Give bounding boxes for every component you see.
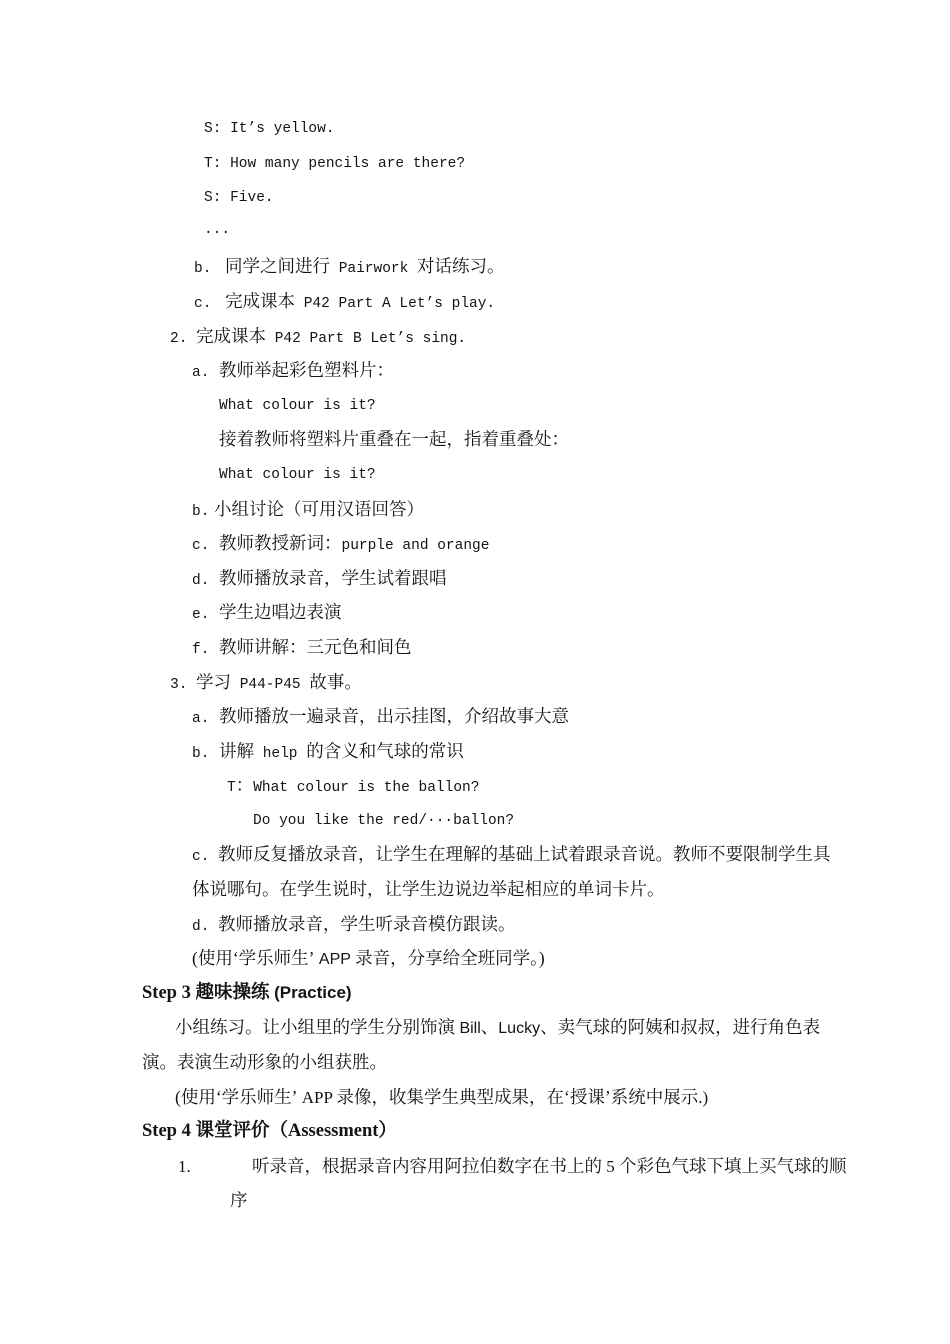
text-segment: .) [698,1088,708,1107]
list-label: b. [192,737,219,772]
doc-line-16: f.教师讲解：三元色和间色 [0,630,950,665]
text-segment: 完成课本 [225,291,295,311]
text-segment: 同学之间进行 [225,256,330,276]
doc-line-31: 1.听录音，根据录音内容用阿拉伯数字在书上的 5 个彩色气球下填上买气球的顺 [0,1149,950,1184]
doc-line-5: b.同学之间进行 Pairwork 对话练习。 [0,249,950,284]
text-segment: What colour is it? [219,398,376,414]
doc-line-11: What colour is it? [0,457,950,492]
doc-line-17: 3.学习 P44-P45 故事。 [0,665,950,700]
doc-line-3: S: Five. [0,180,950,215]
text-segment: What colour is it? [219,467,376,483]
text-segment: T [227,780,236,796]
text-segment: 、卖气球的阿姨和叔叔，进行角色表 [540,1017,820,1037]
text-segment: (Practice) [274,983,351,1002]
text-segment: 小组练习。让小组里的学生分别饰演 [175,1017,455,1037]
text-segment: 教师播放录音，学生听录音模仿跟读。 [218,914,516,934]
list-label: c. [194,287,225,322]
doc-line-21: Do you like the red/···ballon? [0,803,950,838]
doc-line-12: b.小组讨论（可用汉语回答） [0,492,950,527]
text-segment: What colour is the ballon? [253,780,479,796]
doc-line-10: 接着教师将塑料片重叠在一起，指着重叠处： [0,422,950,457]
text-segment: T: How many pencils are there? [204,156,465,172]
text-segment: 趣味操练 [195,983,274,1003]
text-segment: 学习 [196,672,231,692]
doc-line-23: 体说哪句。在学生说时，让学生边说边举起相应的单词卡片。 [0,872,950,907]
doc-line-18: a.教师播放一遍录音，出示挂图，介绍故事大意 [0,699,950,734]
text-segment: 教师举起彩色塑料片： [219,360,394,380]
text-segment: S: It’s yellow. [204,121,335,137]
doc-line-7: 2.完成课本 P42 Part B Let’s sing. [0,319,950,354]
text-segment: 5 [602,1157,619,1176]
text-segment: Bill [455,1020,481,1037]
doc-line-25: (使用‘学乐师生’ APP 录音，分享给全班同学。) [0,941,950,976]
text-segment: 讲解 [219,741,254,761]
list-label: 1. [178,1150,252,1185]
list-label: f. [192,633,219,668]
text-segment: (使用‘学乐师生’ [175,1087,297,1107]
list-label: d. [192,564,219,599]
list-label: e. [192,598,219,633]
doc-line-13: c.教师教授新词：purple and orange [0,526,950,561]
text-segment: 个彩色气球下填上买气球的顺 [619,1156,847,1176]
text-segment: 接着教师将塑料片重叠在一起，指着重叠处： [219,429,569,449]
text-segment: 教师播放一遍录音，出示挂图，介绍故事大意 [219,706,569,726]
text-segment: 故事。 [309,672,362,692]
text-segment: 体说哪句。在学生说时，让学生边说边举起相应的单词卡片。 [192,879,665,899]
list-label: a. [192,702,219,737]
text-segment: 的含义和气球的常识 [306,741,464,761]
text-segment: Pairwork [330,261,417,277]
text-segment: Do you like the red/···ballon? [253,813,514,829]
list-label: a. [192,356,219,391]
text-segment: ： [236,775,254,795]
text-segment: 完成课本 [196,326,266,346]
text-segment: 序 [230,1190,248,1210]
doc-line-24: d.教师播放录音，学生听录音模仿跟读。 [0,907,950,942]
text-segment: 演。表演生动形象的小组获胜。 [142,1052,387,1072]
text-segment: APP [297,1088,336,1107]
text-segment: purple and orange [342,538,490,554]
doc-line-19: b.讲解 help 的含义和气球的常识 [0,734,950,769]
text-segment: S: Five. [204,190,274,206]
list-label: b. [194,252,225,287]
text-segment: 录音，分享给全班同学。) [355,948,545,968]
text-segment: 、 [481,1017,499,1037]
text-segment: Lucky [498,1020,540,1037]
list-label: d. [192,910,218,945]
text-segment: Step 3 [142,983,195,1003]
text-segment: P42 Part B Let’s sing. [266,331,466,347]
doc-line-27: 小组练习。让小组里的学生分别饰演 Bill、Lucky、卖气球的阿姨和叔叔，进行… [0,1010,950,1045]
doc-line-26: Step 3 趣味操练 (Practice) [0,976,950,1011]
text-segment: 小组讨论（可用汉语回答） [214,499,424,519]
doc-line-1: S: It’s yellow. [0,111,950,146]
doc-line-30: Step 4 课堂评价（Assessment） [0,1114,950,1149]
doc-line-2: T: How many pencils are there? [0,146,950,181]
doc-line-22: c.教师反复播放录音，让学生在理解的基础上试着跟录音说。教师不要限制学生具 [0,837,950,872]
list-label: 2. [170,322,196,357]
text-segment: 教师播放录音，学生试着跟唱 [219,568,447,588]
list-label: c. [192,840,218,875]
doc-line-4: ··· [0,215,950,250]
document-page: S: It’s yellow.T: How many pencils are t… [0,0,950,1344]
text-segment: P42 Part A Let’s play. [295,296,495,312]
text-segment: 对话练习。 [417,256,505,276]
doc-line-28: 演。表演生动形象的小组获胜。 [0,1045,950,1080]
doc-line-20: T：What colour is the ballon? [0,768,950,803]
list-label: 3. [170,668,196,703]
text-segment: 教师讲解：三元色和间色 [219,637,412,657]
text-segment: 学生边唱边表演 [219,602,342,622]
doc-line-29: (使用‘学乐师生’ APP 录像，收集学生典型成果，在‘授课’系统中展示.) [0,1080,950,1115]
text-segment: P44-P45 [231,677,309,693]
text-segment: (使用‘学乐师生’ [192,948,314,968]
doc-line-32: 序 [0,1183,950,1218]
document-body: S: It’s yellow.T: How many pencils are t… [0,111,950,1218]
text-segment: ） [378,1121,397,1141]
text-segment: Assessment [288,1121,378,1141]
text-segment: 教师反复播放录音，让学生在理解的基础上试着跟录音说。教师不要限制学生具 [218,844,831,864]
doc-line-9: What colour is it? [0,388,950,423]
text-segment: 教师教授新词： [219,533,342,553]
list-label: c. [192,529,219,564]
text-segment: Step 4 [142,1121,195,1141]
text-segment: 课堂评价（ [195,1121,288,1141]
doc-line-15: e.学生边唱边表演 [0,595,950,630]
text-segment: 听录音，根据录音内容用阿拉伯数字在书上的 [252,1156,602,1176]
text-segment: help [254,746,306,762]
doc-line-8: a.教师举起彩色塑料片： [0,353,950,388]
doc-line-14: d.教师播放录音，学生试着跟唱 [0,561,950,596]
text-segment: APP [314,951,355,968]
doc-line-6: c.完成课本 P42 Part A Let’s play. [0,284,950,319]
list-label: b. [192,495,214,530]
text-segment: ··· [204,225,230,241]
text-segment: 录像，收集学生典型成果，在‘授课’系统中展示 [337,1087,699,1107]
